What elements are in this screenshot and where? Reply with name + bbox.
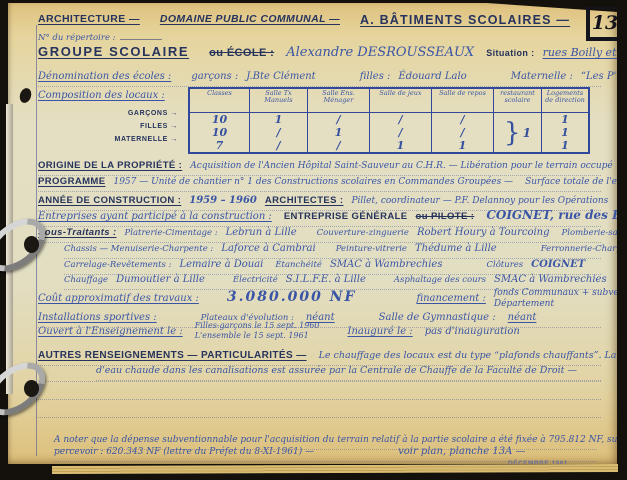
table-col-header: Salle Ens. Ménager xyxy=(308,89,370,113)
entreprises-intro: Entreprises ayant participé à la constru… xyxy=(38,211,272,222)
situation-value: rues Boilly et Saint-Sauveur xyxy=(543,46,617,59)
table-col-header: restaurant scolaire xyxy=(494,89,542,113)
st-label: Ferronnerie-Charpente Métall. xyxy=(541,244,617,254)
st-value: Robert Houry à Tourcoing xyxy=(417,227,550,238)
st-label: Platrerie-Cimentage : xyxy=(125,228,218,238)
ouverture-label: Ouvert à l'Enseignement le : xyxy=(38,326,183,337)
footer-note-2: percevoir : 620.343 NF (lettre du Préfet… xyxy=(54,447,314,457)
architectes-label: ARCHITECTES : xyxy=(265,195,344,206)
footer-plan-ref: voir plan, planche 13A — xyxy=(398,446,525,457)
st-label: Chassis — Menuiserie-Charpente : xyxy=(64,244,213,254)
table-row-labels: GARÇONS → FILLES → MATERNELLE → xyxy=(64,110,178,149)
filles-value: Édouard Lalo xyxy=(398,71,466,82)
table-cell: 1 xyxy=(432,139,494,152)
composition-label-row: Composition des locaux : xyxy=(38,85,165,103)
table-col-header: Salle de jeux xyxy=(370,89,432,113)
architectes-value: Pillet, coordinateur — P.F. Delannoy pou… xyxy=(351,196,608,206)
sous-traitants-label: Sous-Traitants : xyxy=(38,227,117,238)
ouverture-date-2: L'ensemble le 15 sept. 1961 xyxy=(195,331,320,341)
table-cell: 10 xyxy=(190,113,250,126)
table-cell: / xyxy=(370,113,432,126)
brace-glyph: } xyxy=(504,120,521,146)
garcons-value: J.Bte Clément xyxy=(246,71,316,82)
entreprise-generale-value: COIGNET, rue des Bois Blancs à Lille xyxy=(486,208,617,222)
maternelle-value: “Les P'tits Pouchins” xyxy=(581,71,617,82)
filles-label: filles : xyxy=(360,71,391,82)
table-cell: / xyxy=(250,139,308,152)
header-architecture: ARCHITECTURE — xyxy=(38,13,140,25)
table-col-header: Classes xyxy=(190,89,250,113)
st-value: SMAC à Wambrechies xyxy=(494,274,607,285)
rule-line xyxy=(36,381,601,382)
st-value: Laforce à Cambrai xyxy=(221,243,315,254)
situation-label: Situation : xyxy=(486,48,534,58)
table-cell: 1 xyxy=(542,126,588,139)
table-cell: 1 xyxy=(370,139,432,152)
scanned-binder-background: { "colors": {"paper": "#e4dec2", "ink_pr… xyxy=(0,0,627,480)
section-title: A. BÂTIMENTS SCOLAIRES — xyxy=(360,13,570,27)
school-name: Alexandre DESROUSSEAUX xyxy=(286,45,474,60)
table-cell: / xyxy=(432,113,494,126)
st-label: Chauffage xyxy=(64,275,108,285)
cout-label: Coût approximatif des travaux : xyxy=(38,293,199,304)
cout-value: 3.080.000 NF xyxy=(227,289,357,305)
row-label-maternelle: MATERNELLE → xyxy=(64,136,178,149)
maternelle-label: Maternelle : xyxy=(511,71,573,82)
section-title-row: A. BÂTIMENTS SCOLAIRES — xyxy=(360,11,570,29)
repertoire-label: N° du répertoire : xyxy=(38,33,116,43)
repertoire-blank xyxy=(120,39,162,40)
table-cell: / xyxy=(370,126,432,139)
page-number: 13 xyxy=(592,12,617,34)
st-value: Thédume à Lille xyxy=(415,243,497,254)
st-label: Couverture-zinguerie xyxy=(317,228,409,238)
composition-table: Classes Salle Tx Manuels Salle Ens. Ména… xyxy=(188,87,590,154)
st-label: Électricité xyxy=(233,275,278,285)
annee-value: 1959 – 1960 xyxy=(189,195,257,206)
page-stack-bottom-edge xyxy=(52,464,618,474)
table-cell: 7 xyxy=(190,139,250,152)
st-label: Asphaltage des cours xyxy=(394,275,486,285)
table-cell-restaurant-merged: } 1 xyxy=(494,113,542,152)
ouverture-date-1: Filles-garçons le 15 sept. 1960 xyxy=(195,321,320,331)
table-col-header: Logements de direction xyxy=(542,89,588,113)
st-value: Lebrun à Lille xyxy=(226,227,297,238)
table-cell: 1 xyxy=(542,113,588,126)
ouverture-dates: Filles-garçons le 15 sept. 1960L'ensembl… xyxy=(195,321,320,341)
row-label-filles: FILLES → xyxy=(64,123,178,136)
st-value: S.I.L.F.E. à Lille xyxy=(286,274,366,285)
groupe-scolaire-label: GROUPE SCOLAIRE xyxy=(38,44,189,59)
ouverture-row: Ouvert à l'Enseignement le : Filles-garç… xyxy=(38,321,601,341)
entreprise-generale-label: ENTREPRISE GÉNÉRALE xyxy=(284,211,408,222)
financement-label: financement : xyxy=(416,293,485,304)
annee-label: ANNÉE DE CONSTRUCTION : xyxy=(38,195,181,206)
row-label-garcons: GARÇONS → xyxy=(64,110,178,123)
origine-value: Acquisition de l'Ancien Hôpital Saint-Sa… xyxy=(190,161,612,171)
origine-label: ORIGINE DE LA PROPRIÉTÉ : xyxy=(38,160,182,171)
inaugure-value: pas d'inauguration xyxy=(425,326,520,337)
table-cell: / xyxy=(250,126,308,139)
footer-date-row: DÉCEMBRE 1961 xyxy=(508,452,568,464)
rule-line xyxy=(36,399,601,400)
st-label: Peinture-vitrerie xyxy=(336,244,407,254)
st-value: Dumoutier à Lille xyxy=(116,274,205,285)
restaurant-value: 1 xyxy=(523,126,531,140)
table-cell: 1 xyxy=(542,139,588,152)
programme-label: PROGRAMME xyxy=(38,176,105,187)
st-label: Plomberie-sanitaires xyxy=(562,228,617,238)
inaugure-label: Inauguré le : xyxy=(348,326,413,337)
form-page: ARCHITECTURE — DOMAINE PUBLIC COMMUNAL —… xyxy=(8,3,617,464)
page-number-box: 13 xyxy=(586,7,617,41)
rule-line xyxy=(36,417,601,418)
autres-text-2: d'eau chaude dans les canalisations est … xyxy=(96,365,577,376)
table-cell: / xyxy=(432,126,494,139)
table-cell: 1 xyxy=(250,113,308,126)
ou-ecole-struck: ou ÉCOLE : xyxy=(209,47,274,59)
programme-value: 1957 — Unité de chantier n° 1 des Constr… xyxy=(113,177,513,187)
table-cell: 10 xyxy=(190,126,250,139)
ou-pilote-struck: ou PILOTE : xyxy=(416,211,475,222)
composition-label: Composition des locaux : xyxy=(38,90,165,101)
surface-label: Surface totale de l'emprise : xyxy=(525,177,617,187)
header-domaine: DOMAINE PUBLIC COMMUNAL — xyxy=(160,13,340,25)
garcons-label: garçons : xyxy=(191,71,238,82)
table-cell: / xyxy=(308,139,370,152)
denomination-label: Dénomination des écoles : xyxy=(38,71,171,82)
autres-row-2: d'eau chaude dans les canalisations est … xyxy=(96,360,601,381)
table-col-header: Salle de repos xyxy=(432,89,494,113)
punch-hole xyxy=(24,380,39,397)
punch-hole xyxy=(24,236,39,253)
school-title-row: GROUPE SCOLAIRE ou ÉCOLE : Alexandre DES… xyxy=(38,43,617,61)
page-header: ARCHITECTURE — DOMAINE PUBLIC COMMUNAL — xyxy=(38,9,340,27)
table-col-header: Salle Tx Manuels xyxy=(250,89,308,113)
table-cell: / xyxy=(308,113,370,126)
table-cell: 1 xyxy=(308,126,370,139)
